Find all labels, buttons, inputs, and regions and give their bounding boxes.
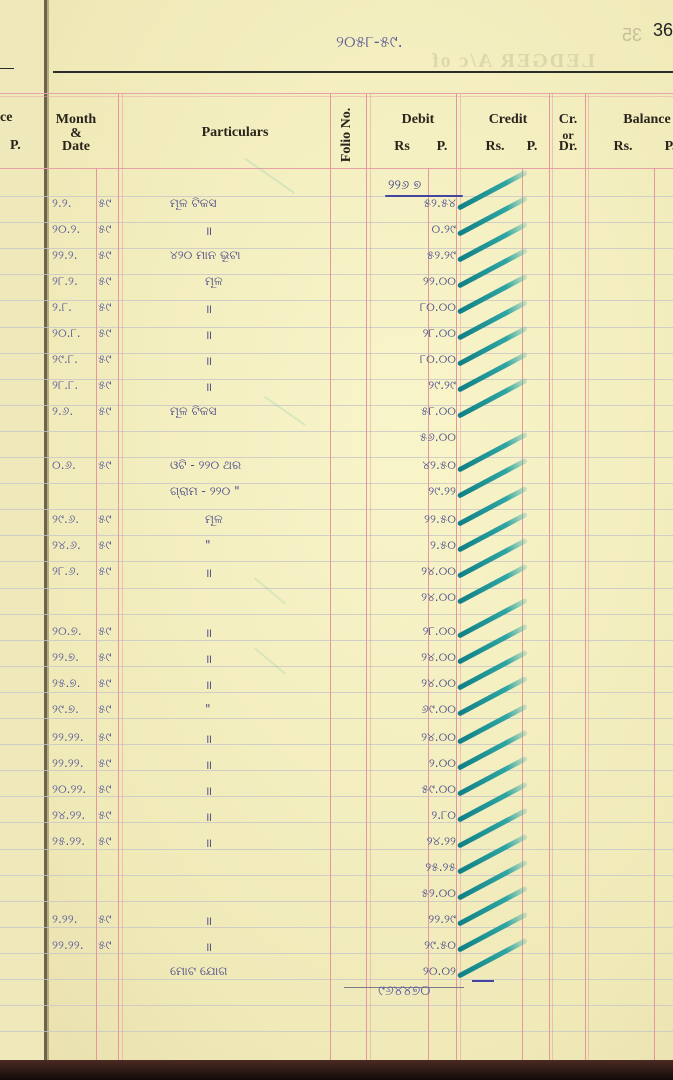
header-cr: Cr.	[552, 113, 584, 127]
entry-particulars: ମୂଳ ଟିକସ	[170, 404, 216, 419]
header-folio: Folio No.	[340, 95, 354, 175]
entry-particulars: ଓଟି - ୨୨୦ ଥର	[170, 458, 241, 473]
entry-date: ୨୦.୨.	[52, 222, 80, 237]
header-credit-p: P.	[520, 140, 544, 154]
entry-debit-amount: ୨୪.୦୦	[366, 564, 456, 579]
rule-balance-rs-p	[654, 168, 655, 1060]
entry-debit-amount: ୬୯.୦୦	[366, 702, 456, 717]
entry-date: ୨୯.୬.	[52, 512, 79, 527]
ruled-line	[0, 953, 673, 954]
entry-debit-amount: ୨୦.୦୨	[366, 964, 456, 979]
entry-debit-amount: ୫୨.୫୪	[366, 196, 456, 211]
entry-date: ୨୨.୭.	[52, 650, 79, 665]
book-edge	[0, 1060, 673, 1080]
entry-year: ୫୯	[98, 564, 111, 579]
entry-debit-amount: ୫୨.୦୦	[366, 886, 456, 901]
entry-year: ୫୯	[98, 352, 111, 367]
entry-particulars: ॥	[205, 564, 212, 581]
entry-date: ୨୪.୨୨.	[52, 808, 85, 823]
rule-crdr-balance-2	[588, 93, 589, 1060]
entry-date: ୨୨.୨୨.	[52, 938, 84, 953]
ruled-line	[0, 1031, 673, 1032]
entry-particulars: ॥	[205, 300, 212, 317]
entry-date: ୨.୨୨.	[52, 912, 78, 927]
entry-date: ୨୨.୨୨.	[52, 756, 84, 771]
ruled-line	[0, 640, 673, 641]
rule-crdr-balance	[585, 93, 586, 1060]
entry-debit-amount: ୫୨.୨୯	[366, 248, 456, 263]
entry-particulars: ॥	[205, 676, 212, 693]
entry-particulars: ॥	[205, 938, 212, 955]
entry-date: ୨୮.୨.	[52, 274, 78, 289]
entry-year: ୫୯	[98, 912, 111, 927]
entry-debit-amount: ୨୯.୨୨	[366, 484, 456, 499]
entry-date: ୨୦.୭.	[52, 624, 82, 639]
entry-date: ୨୯.୮.	[52, 352, 78, 367]
entry-date: ୨୨.୨.	[52, 248, 78, 263]
ruled-line	[0, 561, 673, 562]
page-number-faded: 35	[622, 25, 642, 46]
header-top-rule	[0, 93, 673, 94]
entry-year: ୫୯	[98, 834, 111, 849]
entry-particulars: "	[205, 702, 211, 716]
ruled-line	[0, 614, 673, 615]
rule-month-date-split	[96, 168, 97, 1060]
header-balance-rs: Rs.	[608, 140, 638, 154]
entry-particulars: ମୋଟ ଯୋଗ	[170, 964, 228, 979]
header-dr: Dr.	[552, 140, 584, 154]
entry-debit-amount: ୮୦.୦୦	[366, 352, 456, 367]
entry-year: ୫୯	[98, 404, 111, 419]
entry-year: ୫୯	[98, 624, 111, 639]
year-heading: ୨୦୫୮-୫୯.	[336, 32, 403, 52]
header-debit-p: P.	[430, 140, 454, 154]
header-debit-rs: Rs	[389, 140, 415, 154]
ruled-line	[0, 483, 673, 484]
entry-particulars: ॥	[205, 782, 212, 799]
entry-debit-amount: ୫୬.୦୦	[366, 430, 456, 445]
entry-particulars: ॥	[205, 222, 212, 239]
ruled-line	[0, 979, 673, 980]
entry-year: ୫୯	[98, 512, 111, 527]
entry-debit-amount: ୨୨.୦୦	[366, 274, 456, 289]
entry-date: ୨୮.୬.	[52, 564, 79, 579]
entry-date: ୨୪.୬.	[52, 538, 81, 553]
entry-debit-amount: ୨୫.୨୫	[366, 860, 456, 875]
title-rule	[53, 71, 673, 73]
entry-debit-amount: ୨୮.୦୦	[366, 326, 456, 341]
entry-particulars: ॥	[205, 378, 212, 395]
entry-debit-amount: ୨୯.୫୦	[366, 938, 456, 953]
pencil-mark	[254, 577, 286, 604]
header-particulars: Particulars	[160, 126, 310, 140]
entry-date: ୨୦.୨୨.	[52, 782, 86, 797]
header-month: Month	[52, 113, 100, 127]
entry-year: ୫୯	[98, 808, 111, 823]
header-credit-rs: Rs.	[480, 140, 510, 154]
rule-date-particulars-2	[122, 93, 123, 1060]
ruled-line	[0, 509, 673, 510]
entry-debit-amount: ୨୮.୦୦	[366, 624, 456, 639]
entry-year: ୫୯	[98, 222, 111, 237]
rule-credit-crdr	[549, 93, 550, 1060]
header-balance-p: P.	[660, 140, 673, 154]
ghost-ledger-title: LEDGER A/c of	[430, 50, 595, 73]
entry-date: ୨.୮.	[52, 300, 72, 315]
entry-year: ୫୯	[98, 378, 111, 393]
pencil-mark	[264, 396, 306, 426]
pencil-mark	[254, 647, 286, 674]
entry-date: ୨୯.୭.	[52, 702, 79, 717]
entry-debit-amount: ୨୨.୫୦	[366, 512, 456, 527]
ruled-line	[0, 901, 673, 902]
rule-particulars-folio	[330, 93, 331, 1060]
entry-year: ୫୯	[98, 676, 111, 691]
entry-debit-amount: ୨.୫୦	[366, 538, 456, 553]
entry-particulars: ୪୨୦ ମାନ ଭୂଟା	[170, 248, 240, 263]
entry-debit-amount: ୨୪.୦୦	[366, 650, 456, 665]
rule-credit-crdr-2	[552, 93, 553, 1060]
entry-debit-amount: ୨୯.୨୯	[366, 378, 456, 393]
entry-particulars: ॥	[205, 650, 212, 667]
header-credit: Credit	[478, 113, 538, 127]
entry-debit-amount: ୨୪.୦୦	[366, 676, 456, 691]
entry-particulars: ॥	[205, 912, 212, 929]
entry-year: ୫୯	[98, 458, 111, 473]
entry-date: ୨୮.୮.	[52, 378, 78, 393]
ruled-line	[0, 431, 673, 432]
entry-debit-amount: ୨.୦୦	[366, 756, 456, 771]
rule-date-particulars	[118, 93, 119, 1060]
entry-debit-amount: ୨.୮୦	[366, 808, 456, 823]
ledger-page: ୨୦୫୮-୫୯. LEDGER A/c of 35 36 ce P. Month…	[0, 0, 673, 1060]
header-balance: Balance	[612, 113, 673, 127]
entry-date: ୨୫.୨୨.	[52, 834, 85, 849]
entry-particulars: ॥	[205, 730, 212, 747]
entry-debit-amount: ୫୮.୦୦	[366, 404, 456, 419]
entry-particulars: ମୂଳ ଟିକସ	[170, 196, 216, 211]
entry-debit-amount: ୪୨.୫୦	[366, 458, 456, 473]
opening-balance: ୨୨୬ ୭	[388, 178, 421, 193]
entry-year: ୫୯	[98, 326, 111, 341]
entry-year: ୫୯	[98, 538, 111, 553]
entry-debit-amount: ୨୨.୨୯	[366, 912, 456, 927]
ruled-line	[0, 718, 673, 719]
pencil-mark	[245, 158, 295, 194]
ruled-line	[0, 588, 673, 589]
entry-date: ୨୦.୮.	[52, 326, 81, 341]
header-date: Date	[52, 140, 100, 154]
entry-particulars: ॥	[205, 326, 212, 343]
ruled-line	[0, 1005, 673, 1006]
entry-particulars: ॥	[205, 624, 212, 641]
entry-year: ୫୯	[98, 756, 111, 771]
entry-particulars: ॥	[205, 352, 212, 369]
total-dash	[472, 980, 494, 982]
entry-particulars: ॥	[205, 756, 212, 773]
left-page-balance-suffix: ce	[0, 111, 12, 125]
page-number: 36	[653, 20, 673, 41]
header-bottom-rule	[0, 168, 673, 169]
ruled-line	[0, 535, 673, 536]
entry-year: ୫୯	[98, 702, 111, 717]
entry-particulars: "	[205, 538, 211, 552]
entry-debit-amount: ୨୪.୦୦	[366, 590, 456, 605]
header-debit: Debit	[385, 113, 451, 127]
entry-particulars: ॥	[205, 808, 212, 825]
entry-year: ୫୯	[98, 196, 111, 211]
entry-year: ୫୯	[98, 248, 111, 263]
entry-year: ୫୯	[98, 274, 111, 289]
entry-year: ୫୯	[98, 300, 111, 315]
entry-debit-amount: ୮୦.୦୦	[366, 300, 456, 315]
entry-date: ୨୫.୭.	[52, 676, 80, 691]
entry-particulars: ॥	[205, 834, 212, 851]
entry-debit-amount: ୨୪.୨୨	[366, 834, 456, 849]
ruled-line	[0, 875, 673, 876]
entry-particulars: ମୂଳ	[205, 512, 223, 527]
entry-particulars: ମୂଳ	[205, 274, 223, 289]
entry-year: ୫୯	[98, 782, 111, 797]
left-page-p-label: P.	[10, 139, 21, 153]
entry-debit-amount: ୫୯.୦୦	[366, 782, 456, 797]
entry-debit-amount: ୦.୨୯	[366, 222, 456, 237]
entry-date: ୦.୬.	[52, 458, 76, 473]
left-page-rule	[0, 68, 14, 69]
entry-date: ୨.୬.	[52, 404, 73, 419]
rule-debit-credit	[456, 93, 457, 1060]
entry-year: ୫୯	[98, 650, 111, 665]
entry-particulars: ଗ୍ରାମ - ୨୨୦ "	[170, 484, 240, 499]
entry-date: ୨.୨.	[52, 196, 72, 211]
entry-year: ୫୯	[98, 730, 111, 745]
ruled-line	[0, 692, 673, 693]
ruled-line	[0, 666, 673, 667]
entry-year: ୫୯	[98, 938, 111, 953]
header-top-rule-2	[0, 96, 673, 97]
entry-date: ୨୨.୨୨.	[52, 730, 84, 745]
entry-debit-amount: ୨୪.୦୦	[366, 730, 456, 745]
total-amount: ୯୬୪୪୭୦	[378, 983, 430, 999]
